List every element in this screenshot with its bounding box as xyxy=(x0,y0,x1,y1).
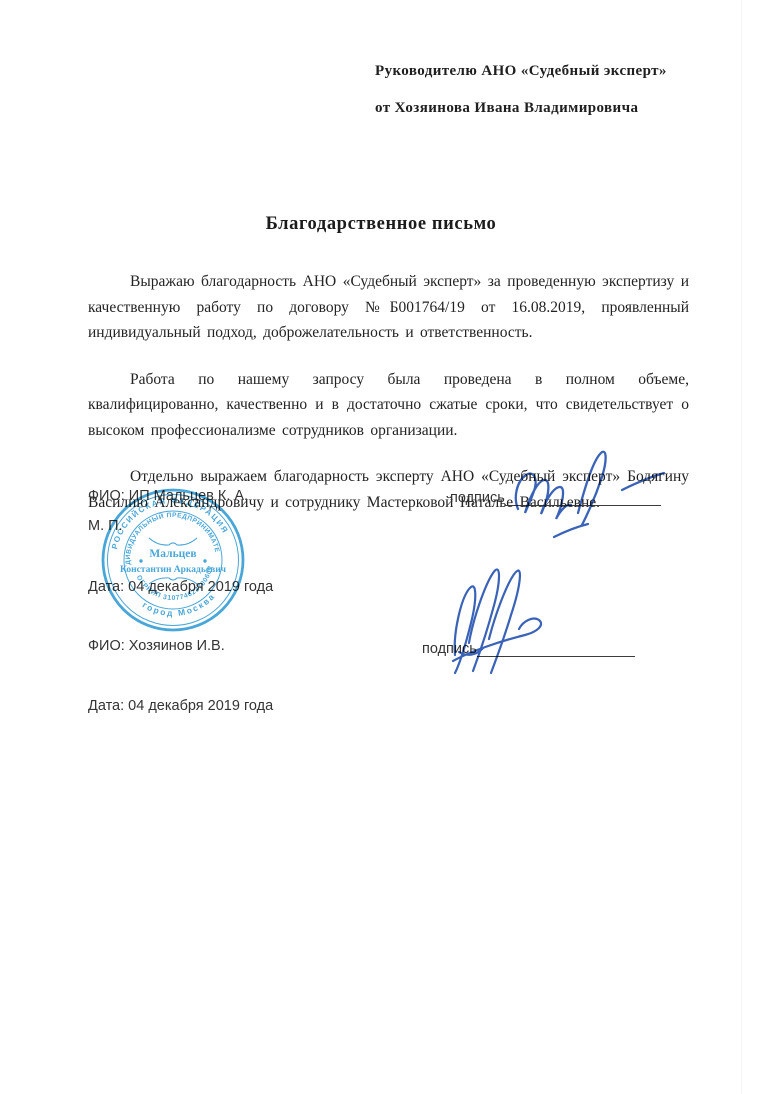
scanned-letter-page: Руководителю АНО «Судебный эксперт» от Х… xyxy=(0,0,762,1094)
stamp-brace-ornaments xyxy=(149,538,197,584)
stamp-name-line1: Мальцев xyxy=(149,548,196,560)
stamp-name-line2: Константин Аркадьевич xyxy=(120,565,227,575)
recipient-line: Руководителю АНО «Судебный эксперт» xyxy=(375,62,715,80)
round-stamp-maltsev: РОССИЙСКАЯ ФЕДЕРАЦИЯ город Москва ИНДИВИ… xyxy=(97,484,249,636)
stamp-left-dot xyxy=(139,559,142,562)
letter-paragraph: Выражаю благодарность АНО «Судебный эксп… xyxy=(88,269,689,346)
signature-label: подпись xyxy=(450,490,505,506)
date-khozyainov-label: Дата: 04 декабря 2019 года xyxy=(88,698,273,714)
letter-title: Благодарственное письмо xyxy=(0,214,762,235)
scan-edge-artifact xyxy=(741,0,742,1094)
fio-khozyainov-label: ФИО: Хозяинов И.В. xyxy=(88,638,225,654)
handwritten-signature-khozyainov xyxy=(425,555,590,680)
letter-header: Руководителю АНО «Судебный эксперт» от Х… xyxy=(375,62,715,136)
sender-line: от Хозяинова Ивана Владимировича xyxy=(375,99,715,117)
stamp-right-dot xyxy=(203,559,206,562)
letter-paragraph: Работа по нашему запросу была проведена … xyxy=(88,367,689,444)
handwritten-signature-maltsev xyxy=(500,447,690,542)
